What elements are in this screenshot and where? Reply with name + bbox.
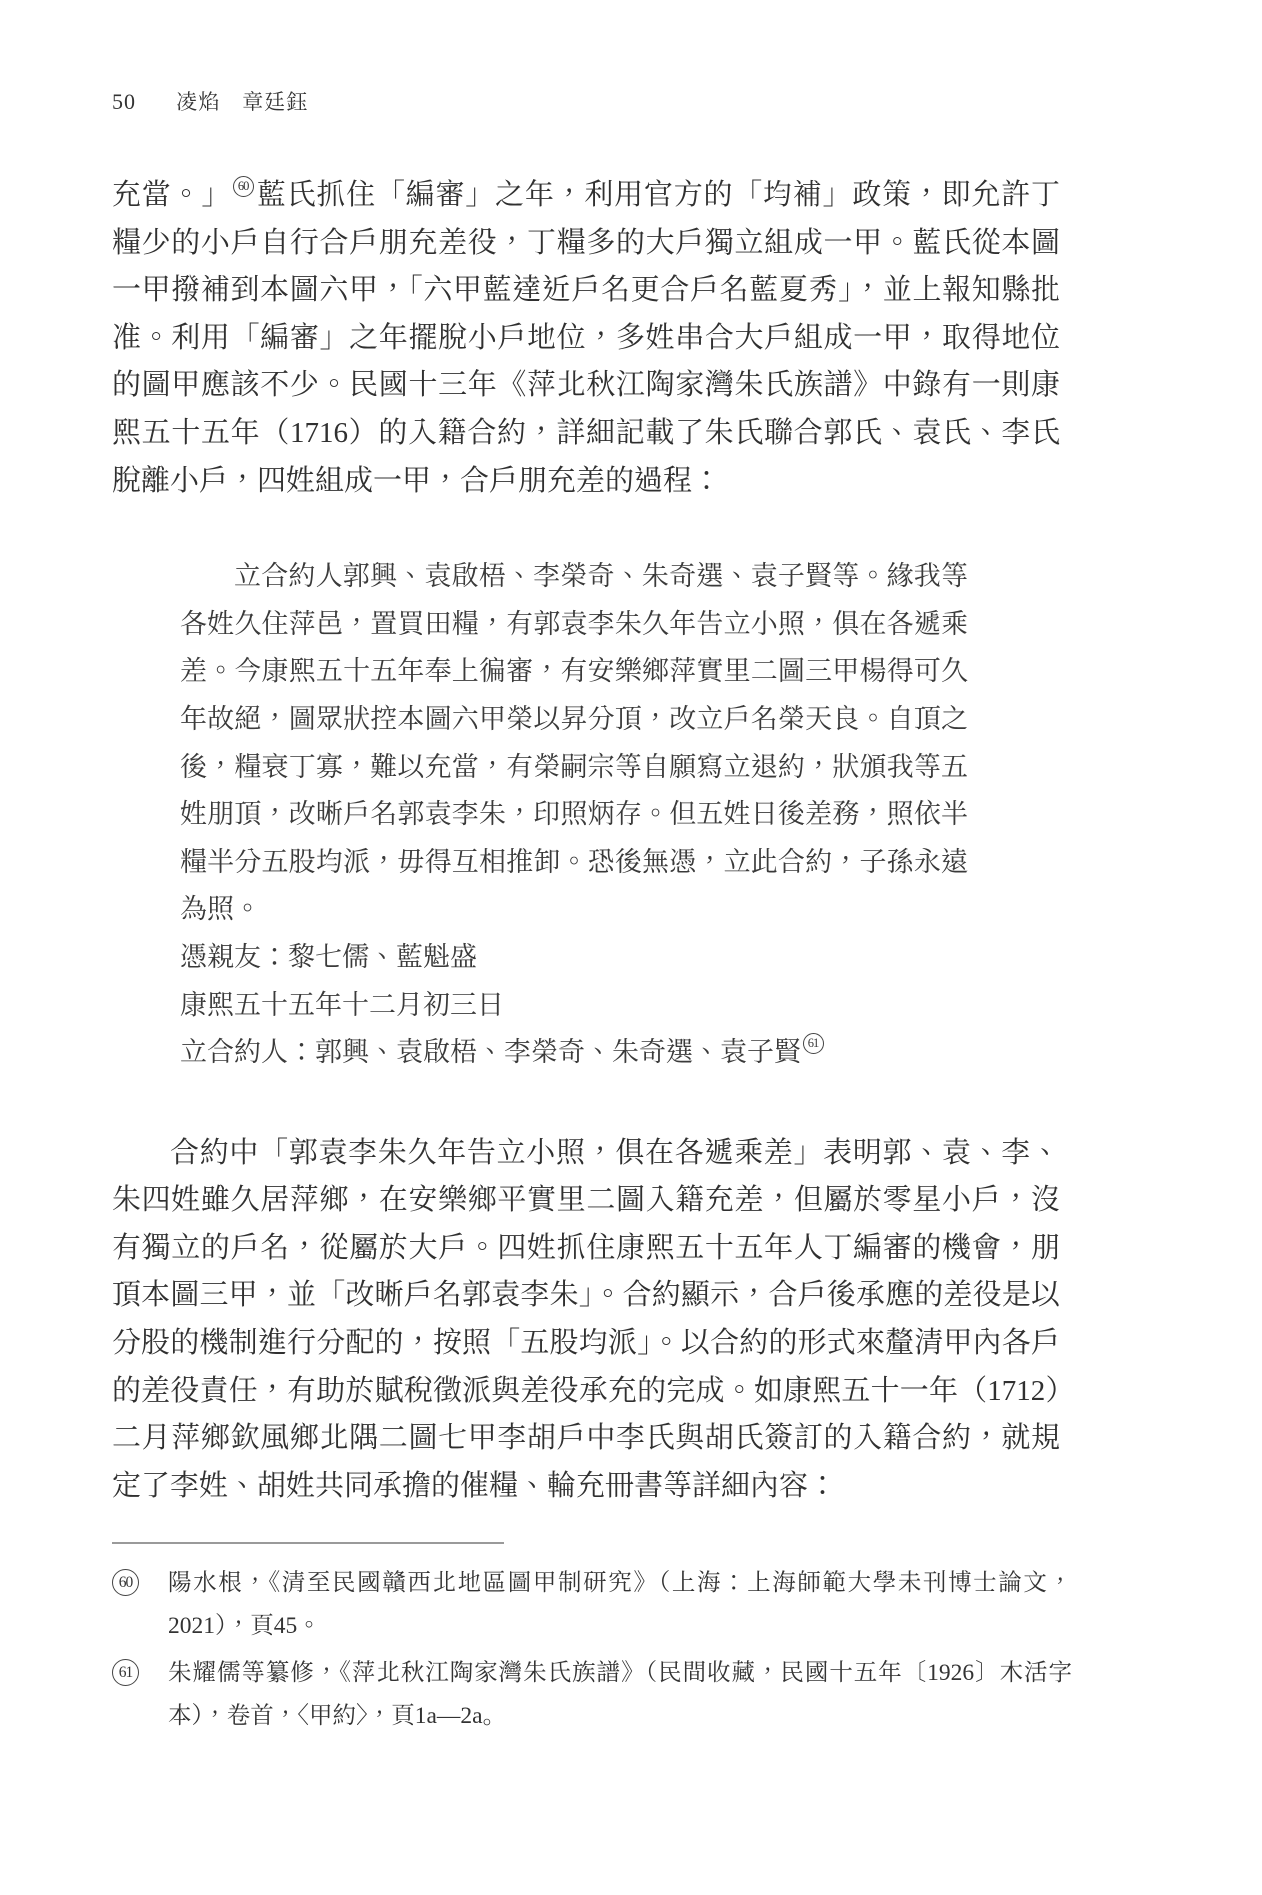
circled-number-60: 60 xyxy=(233,176,254,197)
footnote-ref-60: 60 xyxy=(233,169,254,196)
page-header: 50 凌焰 章廷鈺 xyxy=(112,86,308,116)
footnote-61: 61 朱耀儒等纂修，《萍北秋江陶家灣朱氏族譜》（民間收藏，民國十五年〔1926〕… xyxy=(112,1652,1072,1738)
paragraph-1: 充當。」60藍氏抓住「編審」之年，利用官方的「均補」政策，即允許丁糧少的小戶自行… xyxy=(112,172,1060,505)
page-number: 50 xyxy=(112,89,136,114)
footnote-61-text: 朱耀儒等纂修，《萍北秋江陶家灣朱氏族譜》（民間收藏，民國十五年〔1926〕木活字… xyxy=(168,1652,1072,1738)
circled-number-61: 61 xyxy=(803,1033,824,1054)
quote-body-text: 立合約人郭興、袁啟梧、李榮奇、朱奇選、袁子賢等。緣我等各姓久住萍邑，置買田糧，有… xyxy=(180,553,968,934)
page-content: 充當。」60藍氏抓住「編審」之年，利用官方的「均補」政策，即允許丁糧少的小戶自行… xyxy=(112,172,1060,1510)
footnote-ref-61: 61 xyxy=(803,1027,824,1052)
circled-number-60: 60 xyxy=(112,1569,139,1596)
paragraph-2: 合約中「郭袁李朱久年告立小照，俱在各遞乘差」表明郭、袁、李、朱四姓雖久居萍鄉，在… xyxy=(112,1130,1060,1511)
footnote-60: 60 陽水根，《清至民國贛西北地區圖甲制研究》（上海：上海師範大學未刊博士論文，… xyxy=(112,1562,1072,1648)
paragraph-1-text-a: 充當。」 xyxy=(112,179,231,211)
quote-date-line: 康熙五十五年十二月初三日 xyxy=(180,982,968,1030)
footnote-60-marker: 60 xyxy=(112,1562,168,1596)
quote-signers-line: 立合約人：郭興、袁啟梧、李榮奇、朱奇選、袁子賢61 xyxy=(180,1029,968,1077)
quote-witnesses-line: 憑親友：黎七儒、藍魁盛 xyxy=(180,934,968,982)
document-page: 50 凌焰 章廷鈺 充當。」60藍氏抓住「編審」之年，利用官方的「均補」政策，即… xyxy=(0,0,1262,1895)
footnote-61-marker: 61 xyxy=(112,1652,168,1686)
contract-quote-block: 立合約人郭興、袁啟梧、李榮奇、朱奇選、袁子賢等。緣我等各姓久住萍邑，置買田糧，有… xyxy=(180,553,968,1077)
quote-signers-text: 立合約人：郭興、袁啟梧、李榮奇、朱奇選、袁子賢 xyxy=(180,1037,801,1067)
footnote-separator xyxy=(112,1542,504,1544)
running-head-authors: 凌焰 章廷鈺 xyxy=(176,90,308,114)
footnotes-section: 60 陽水根，《清至民國贛西北地區圖甲制研究》（上海：上海師範大學未刊博士論文，… xyxy=(112,1542,1072,1742)
footnote-60-text: 陽水根，《清至民國贛西北地區圖甲制研究》（上海：上海師範大學未刊博士論文，202… xyxy=(168,1562,1072,1648)
circled-number-61: 61 xyxy=(112,1659,139,1686)
paragraph-1-text-b: 藍氏抓住「編審」之年，利用官方的「均補」政策，即允許丁糧少的小戶自行合戶朋充差役… xyxy=(112,179,1060,497)
